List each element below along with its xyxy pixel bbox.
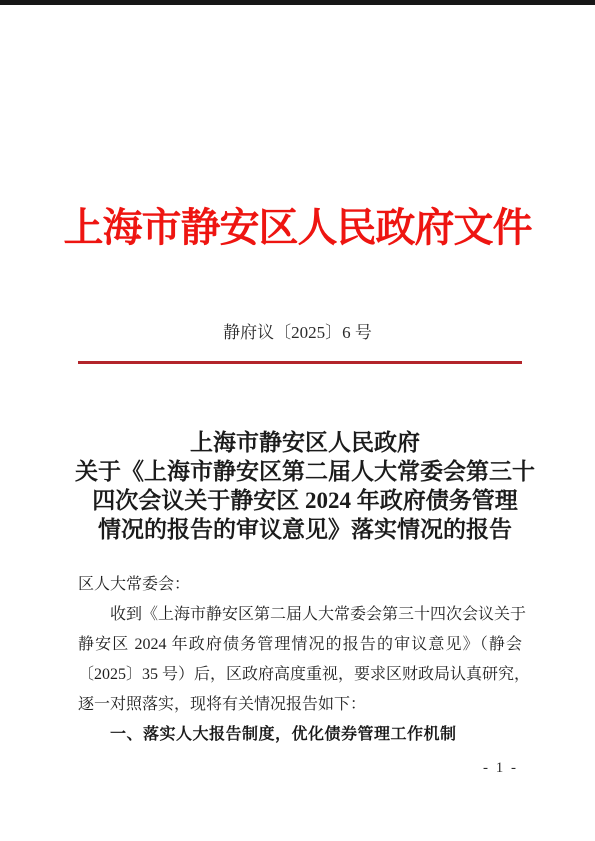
body-paragraph-line-4: 逐一对照落实，现将有关情况报告如下： (78, 690, 522, 720)
document-title-line-2: 关于《上海市静安区第二届人大常委会第三十 (20, 457, 590, 486)
document-page: 上海市静安区人民政府文件 静府议〔2025〕6 号 上海市静安区人民政府 关于《… (0, 0, 595, 841)
top-border-bar (0, 0, 595, 5)
body-paragraph: 收到《上海市静安区第二届人大常委会第三十四次会议关于 静安区 2024 年政府债… (78, 600, 522, 720)
letterhead-title: 上海市静安区人民政府文件 (0, 196, 595, 253)
section-heading-1: 一、落实人大报告制度，优化债券管理工作机制 (78, 720, 522, 750)
red-divider-line (78, 361, 522, 364)
document-number: 静府议〔2025〕6 号 (0, 318, 595, 343)
document-body: 区人大常委会： 收到《上海市静安区第二届人大常委会第三十四次会议关于 静安区 2… (78, 570, 522, 750)
document-title-line-4: 情况的报告的审议意见》落实情况的报告 (20, 515, 590, 544)
body-paragraph-line-3: 〔2025〕35 号）后，区政府高度重视，要求区财政局认真研究， (78, 660, 522, 690)
salutation: 区人大常委会： (78, 570, 522, 600)
body-paragraph-line-2: 静安区 2024 年政府债务管理情况的报告的审议意见》（静会 (78, 630, 522, 660)
document-title-line-1: 上海市静安区人民政府 (20, 428, 590, 457)
document-title-line-3: 四次会议关于静安区 2024 年政府债务管理 (20, 486, 590, 515)
document-title: 上海市静安区人民政府 关于《上海市静安区第二届人大常委会第三十 四次会议关于静安… (20, 428, 590, 544)
page-number: - 1 - (78, 760, 518, 777)
body-paragraph-line-1: 收到《上海市静安区第二届人大常委会第三十四次会议关于 (78, 600, 522, 630)
